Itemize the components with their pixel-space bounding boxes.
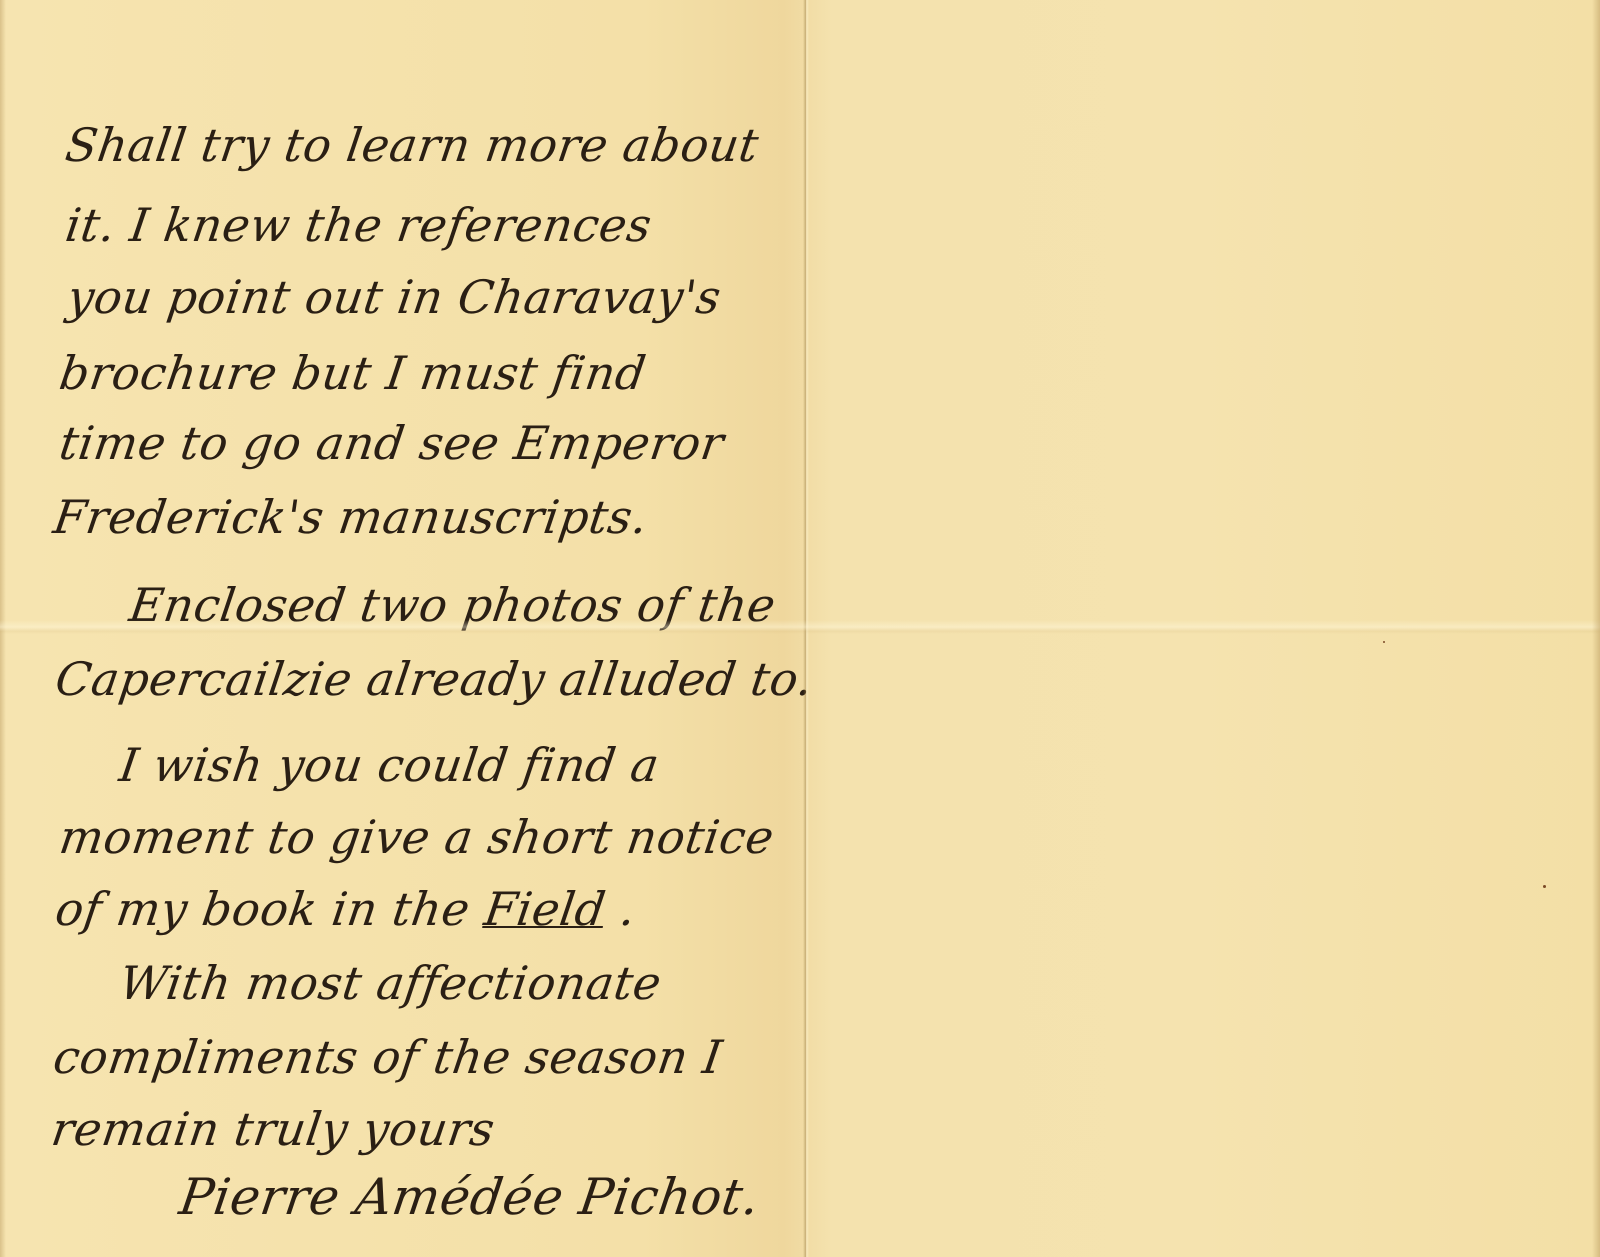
text-line: it. I knew the references [62,198,655,252]
text-line: you point out in Charavay's [64,270,724,324]
text-line: Frederick's manuscripts. [50,490,651,544]
text-line: brochure but I must find [56,346,649,400]
text-line: Capercailzie already alluded to. [52,652,816,706]
text-line: With most affectionate [116,956,665,1010]
horizontal-crease [0,620,1600,634]
text-line: of my book in the Field . [52,882,639,936]
text-line: compliments of the season I [50,1030,725,1084]
paper-speck [1383,641,1385,643]
text-line: moment to give a short notice [56,810,777,864]
text-line: I wish you could find a [116,738,662,792]
paper-edge-right [1592,0,1600,1257]
text-line: remain truly yours [48,1102,498,1156]
paper-speck [1543,885,1546,888]
letter-sheet: Shall try to learn more about it. I knew… [0,0,1600,1257]
signature: Pierre Amédée Pichot. [176,1168,763,1226]
underlined-publication-title: Field [481,882,609,936]
text-line: Shall try to learn more about [62,118,762,172]
text-fragment: of my book in the [52,882,473,936]
text-line: time to go and see Emperor [56,416,727,470]
text-fragment: . [617,882,640,936]
